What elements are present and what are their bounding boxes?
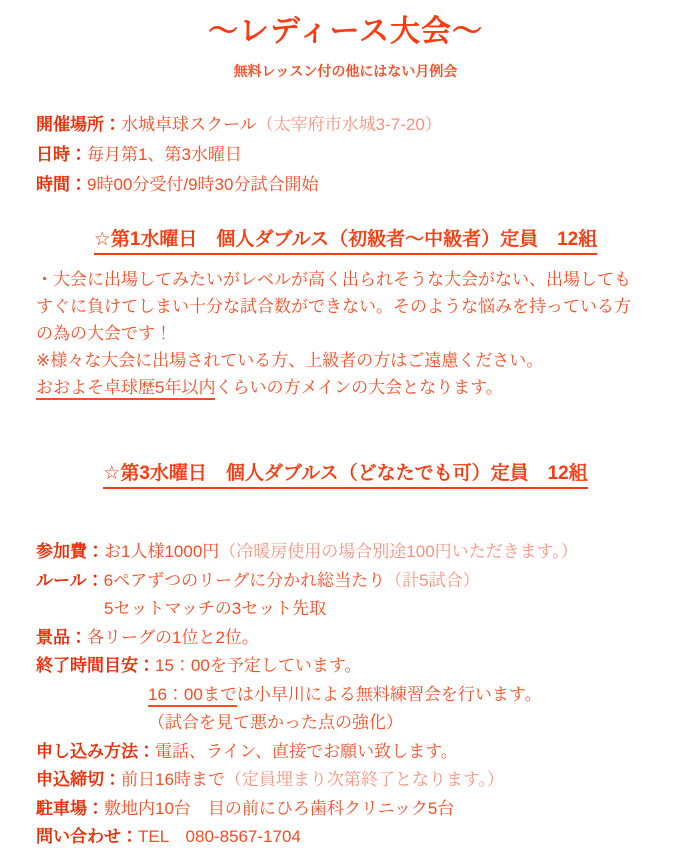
contact-phone-value: TEL 080-8567-1704 [138, 827, 301, 846]
section2-heading-text: ☆第3水曜日 個人ダブルス（どなたでも可）定員 12組 [103, 463, 587, 489]
apply-row: 申し込み方法：電話、ライン、直接でお願い致します。 [36, 738, 655, 767]
section1-heading: ☆第1水曜日 個人ダブルス（初級者～中級者）定員 12組 [36, 227, 655, 253]
section1-underlined-phrase: おおよそ卓球歴5年以内 [36, 378, 215, 400]
date-row: 日時：毎月第1、第3水曜日 [36, 140, 655, 170]
rule-value: 6ペアずつのリーグに分かれ総当たり [104, 571, 385, 590]
rule-row: ルール：6ペアずつのリーグに分かれ総当たり（計5試合） [36, 567, 655, 596]
rule-line2-value: 5セットマッチの3セット先取 [104, 599, 326, 618]
page-title: ～レディース大会～ [36, 16, 655, 48]
section2-heading: ☆第3水曜日 個人ダブルス（どなたでも可）定員 12組 [36, 461, 655, 487]
prize-row: 景品：各リーグの1位と2位。 [36, 624, 655, 653]
deadline-label: 申込締切： [36, 770, 121, 789]
date-label: 日時： [36, 145, 87, 164]
parking-label: 駐車場： [36, 799, 104, 818]
end-time-line3-value: （試合を見て悪かった点の強化） [148, 713, 403, 732]
end-time-underlined-phrase: 16：00まで [148, 685, 237, 707]
section1-heading-text: ☆第1水曜日 個人ダブルス（初級者～中級者）定員 12組 [94, 229, 597, 255]
fee-row: 参加費：お1人様1000円（冷暖房使用の場合別途100円いただきます。） [36, 538, 655, 567]
prize-value: 各リーグの1位と2位。 [87, 628, 259, 647]
venue-row: 開催場所：水城卓球スクール（太宰府市水城3-7-20） [36, 110, 655, 140]
deadline-value: 前日16時まで [121, 770, 225, 789]
section1-line-4: ※様々な大会に出場されている方、上級者の方はご遠慮ください。 [36, 347, 655, 374]
time-row: 時間：9時00分受付/9時30分試合開始 [36, 170, 655, 200]
end-time-line2-rest: は小早川による無料練習会を行います。 [237, 685, 542, 704]
end-time-row-line3: （試合を見て悪かった点の強化） [36, 709, 655, 738]
venue-address-note: （太宰府市水城3-7-20） [257, 115, 442, 134]
fee-value: お1人様1000円 [104, 542, 219, 561]
deadline-note: （定員埋まり次第終了となります。） [225, 770, 504, 789]
venue-label: 開催場所： [36, 115, 121, 134]
date-value: 毎月第1、第3水曜日 [87, 145, 242, 164]
section1-description: ・大会に出場してみたいがレベルが高く出られそうな大会がない、出場しても すぐに負… [36, 266, 655, 401]
section1-line-5: おおよそ卓球歴5年以内くらいの方メインの大会となります。 [36, 374, 655, 401]
apply-value: 電話、ライン、直接でお願い致します。 [155, 742, 458, 761]
parking-row: 駐車場：敷地内10台 目の前にひろ歯科クリニック5台 [36, 795, 655, 824]
time-value: 9時00分受付/9時30分試合開始 [87, 175, 318, 194]
fee-note: （冷暖房使用の場合別途100円いただきます。） [219, 542, 578, 561]
section1-line-5-rest: くらいの方メインの大会となります。 [215, 378, 502, 397]
contact-row: 問い合わせ：TEL 080-8567-1704 [36, 823, 655, 852]
page-subtitle: 無料レッスン付の他にはない月例会 [36, 63, 655, 79]
end-time-row: 終了時間目安：15：00を予定しています。 [36, 652, 655, 681]
end-time-value: 15：00を予定しています。 [155, 656, 361, 675]
section1-line-2: すぐに負けてしまい十分な試合数ができない。そのような悩みを持っている方 [36, 293, 655, 320]
prize-label: 景品： [36, 628, 87, 647]
rule-label: ルール： [36, 571, 104, 590]
rule-note: （計5試合） [385, 571, 479, 590]
section1-line-3: の為の大会です！ [36, 320, 655, 347]
contact-label: 問い合わせ： [36, 827, 138, 846]
end-time-row-line2: 16：00までは小早川による無料練習会を行います。 [36, 681, 655, 710]
end-time-label: 終了時間目安： [36, 656, 155, 675]
rule-row-line2: 5セットマッチの3セット先取 [36, 595, 655, 624]
event-info-block: 開催場所：水城卓球スクール（太宰府市水城3-7-20） 日時：毎月第1、第3水曜… [36, 110, 655, 200]
deadline-row: 申込締切：前日16時まで（定員埋まり次第終了となります。） [36, 766, 655, 795]
apply-label: 申し込み方法： [36, 742, 155, 761]
venue-value: 水城卓球スクール [121, 115, 257, 134]
flyer-page: ～レディース大会～ 無料レッスン付の他にはない月例会 開催場所：水城卓球スクール… [0, 0, 685, 855]
fee-label: 参加費： [36, 542, 104, 561]
time-label: 時間： [36, 175, 87, 194]
section1-line-1: ・大会に出場してみたいがレベルが高く出られそうな大会がない、出場しても [36, 266, 655, 293]
parking-value: 敷地内10台 目の前にひろ歯科クリニック5台 [104, 799, 454, 818]
tournament-details-block: 参加費：お1人様1000円（冷暖房使用の場合別途100円いただきます。） ルール… [36, 538, 655, 852]
